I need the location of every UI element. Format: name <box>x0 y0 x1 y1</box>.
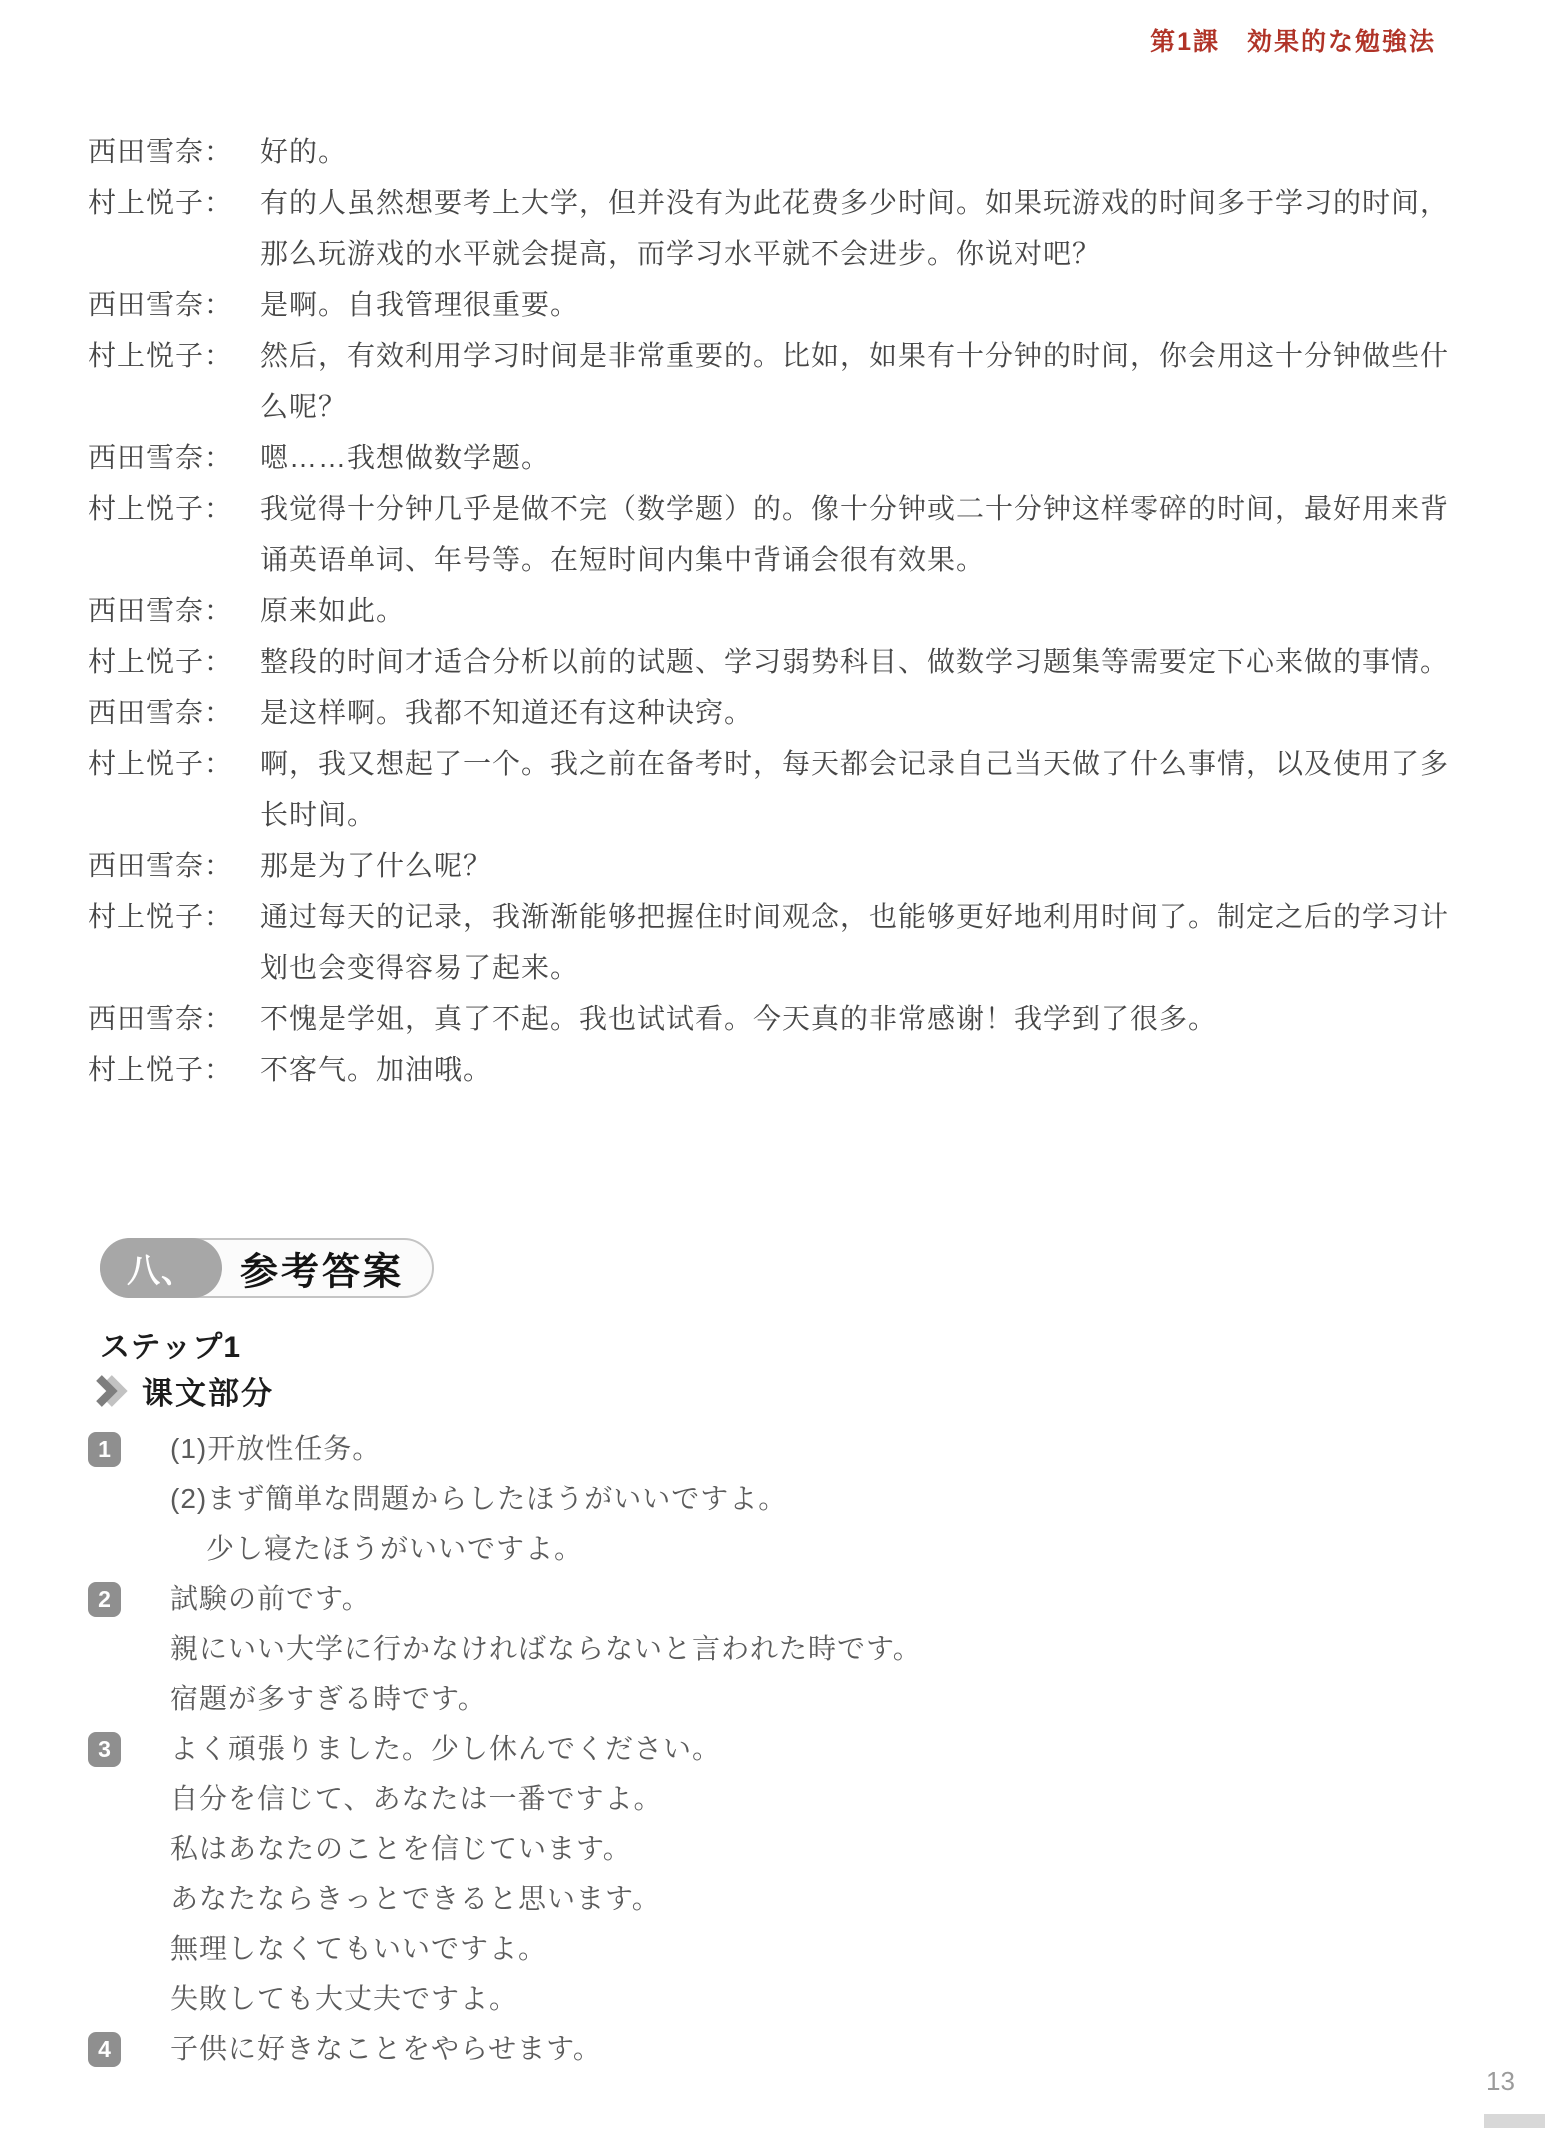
answer-item: 4 子供に好きなことをやらせます。 <box>88 2024 1488 2074</box>
answer-item: 3 よく頑張りました。少し休んでください。 自分を信じて、あなたは一番ですよ。 … <box>88 1724 1488 2024</box>
speaker-name: 西田雪奈： <box>88 993 260 1044</box>
speaker-name: 村上悦子： <box>88 1044 260 1095</box>
dialogue-line: 有的人虽然想要考上大学，但并没有为此花费多少时间。如果玩游戏的时间多于学习的时间… <box>260 177 1488 228</box>
footer-bar <box>1484 2114 1545 2128</box>
speaker-name: 西田雪奈： <box>88 279 260 330</box>
dialogue-line: 是啊。自我管理很重要。 <box>260 279 1488 330</box>
dialogue-row: 村上悦子： 我觉得十分钟几乎是做不完（数学题）的。像十分钟或二十分钟这样零碎的时… <box>88 483 1488 585</box>
dialogue-row: 西田雪奈： 是啊。自我管理很重要。 <box>88 279 1488 330</box>
answer-line: 試験の前です。 <box>170 1574 1488 1624</box>
dialogue-row: 西田雪奈： 原来如此。 <box>88 585 1488 636</box>
speaker-name: 西田雪奈： <box>88 840 260 891</box>
dialogue-row: 村上悦子： 通过每天的记录，我渐渐能够把握住时间观念，也能够更好地利用时间了。制… <box>88 891 1488 993</box>
dialogue-line: 啊，我又想起了一个。我之前在备考时，每天都会记录自己当天做了什么事情，以及使用了… <box>260 738 1488 789</box>
answer-item: 2 試験の前です。 親にいい大学に行かなければならないと言われた時です。 宿題が… <box>88 1574 1488 1724</box>
subsection-heading: 课文部分 <box>94 1368 274 1413</box>
answer-item: 1 (1)开放性任务。 (2)まず簡単な問題からしたほうがいいですよ。 少し寝た… <box>88 1424 1488 1574</box>
dialogue-line: 么呢？ <box>260 381 1488 432</box>
answer-line: 少し寝たほうがいいですよ。 <box>170 1524 1488 1574</box>
dialogue-line: 原来如此。 <box>260 585 1488 636</box>
answer-line: 子供に好きなことをやらせます。 <box>170 2024 1488 2074</box>
speaker-name: 西田雪奈： <box>88 585 260 636</box>
dialogue-line: 诵英语单词、年号等。在短时间内集中背诵会很有效果。 <box>260 534 1488 585</box>
speaker-name: 西田雪奈： <box>88 432 260 483</box>
speaker-name: 村上悦子： <box>88 636 260 687</box>
answer-line: 失敗しても大丈夫ですよ。 <box>170 1974 1488 2024</box>
answer-line: あなたならきっとできると思います。 <box>170 1874 1488 1924</box>
dialogue-row: 村上悦子： 然后，有效利用学习时间是非常重要的。比如，如果有十分钟的时间，你会用… <box>88 330 1488 432</box>
answer-line: 親にいい大学に行かなければならないと言われた時です。 <box>170 1624 1488 1674</box>
item-number-badge: 2 <box>88 1582 121 1617</box>
dialogue-transcript: 西田雪奈： 好的。 村上悦子： 有的人虽然想要考上大学，但并没有为此花费多少时间… <box>88 126 1488 1095</box>
speaker-name: 西田雪奈： <box>88 687 260 738</box>
answer-line: 無理しなくてもいいですよ。 <box>170 1924 1488 1974</box>
dialogue-line: 不客气。加油哦。 <box>260 1044 1488 1095</box>
dialogue-line: 嗯……我想做数学题。 <box>260 432 1488 483</box>
dialogue-row: 村上悦子： 啊，我又想起了一个。我之前在备考时，每天都会记录自己当天做了什么事情… <box>88 738 1488 840</box>
section-heading: 八、 参考答案 <box>100 1238 434 1298</box>
dialogue-line: 是这样啊。我都不知道还有这种诀窍。 <box>260 687 1488 738</box>
step-title: ステップ1 <box>100 1322 241 1366</box>
answer-line: 私はあなたのことを信じています。 <box>170 1824 1488 1874</box>
dialogue-line: 不愧是学姐，真了不起。我也试试看。今天真的非常感谢！我学到了很多。 <box>260 993 1488 1044</box>
answer-line: (1)开放性任务。 <box>170 1424 1488 1474</box>
page-header: 第1課 効果的な勉強法 <box>1150 22 1436 58</box>
dialogue-row: 西田雪奈： 嗯……我想做数学题。 <box>88 432 1488 483</box>
item-number-badge: 4 <box>88 2032 121 2067</box>
dialogue-row: 村上悦子： 不客气。加油哦。 <box>88 1044 1488 1095</box>
answer-line: 宿題が多すぎる時です。 <box>170 1674 1488 1724</box>
dialogue-line: 我觉得十分钟几乎是做不完（数学题）的。像十分钟或二十分钟这样零碎的时间，最好用来… <box>260 483 1488 534</box>
dialogue-line: 长时间。 <box>260 789 1488 840</box>
dialogue-line: 那是为了什么呢？ <box>260 840 1488 891</box>
speaker-name: 村上悦子： <box>88 891 260 942</box>
page-number: 13 <box>1486 2066 1515 2097</box>
item-number-badge: 1 <box>88 1432 121 1467</box>
dialogue-row: 西田雪奈： 是这样啊。我都不知道还有这种诀窍。 <box>88 687 1488 738</box>
speaker-name: 村上悦子： <box>88 738 260 789</box>
answer-line: (2)まず簡単な問題からしたほうがいいですよ。 <box>170 1474 1488 1524</box>
answer-line: 自分を信じて、あなたは一番ですよ。 <box>170 1774 1488 1824</box>
section-title: 参考答案 <box>240 1241 404 1296</box>
speaker-name: 村上悦子： <box>88 177 260 228</box>
dialogue-row: 西田雪奈： 那是为了什么呢？ <box>88 840 1488 891</box>
chevron-double-icon <box>94 1374 128 1408</box>
dialogue-line: 划也会变得容易了起来。 <box>260 942 1488 993</box>
dialogue-row: 西田雪奈： 好的。 <box>88 126 1488 177</box>
section-number-badge: 八、 <box>100 1238 222 1298</box>
dialogue-row: 村上悦子： 有的人虽然想要考上大学，但并没有为此花费多少时间。如果玩游戏的时间多… <box>88 177 1488 279</box>
speaker-name: 村上悦子： <box>88 330 260 381</box>
dialogue-row: 西田雪奈： 不愧是学姐，真了不起。我也试试看。今天真的非常感谢！我学到了很多。 <box>88 993 1488 1044</box>
subsection-title: 课文部分 <box>142 1368 274 1413</box>
speaker-name: 西田雪奈： <box>88 126 260 177</box>
item-number-badge: 3 <box>88 1732 121 1767</box>
dialogue-line: 然后，有效利用学习时间是非常重要的。比如，如果有十分钟的时间，你会用这十分钟做些… <box>260 330 1488 381</box>
dialogue-line: 通过每天的记录，我渐渐能够把握住时间观念，也能够更好地利用时间了。制定之后的学习… <box>260 891 1488 942</box>
dialogue-line: 好的。 <box>260 126 1488 177</box>
dialogue-line: 整段的时间才适合分析以前的试题、学习弱势科目、做数学习题集等需要定下心来做的事情… <box>260 636 1488 687</box>
answer-list: 1 (1)开放性任务。 (2)まず簡単な問題からしたほうがいいですよ。 少し寝た… <box>88 1424 1488 2074</box>
dialogue-line: 那么玩游戏的水平就会提高，而学习水平就不会进步。你说对吧？ <box>260 228 1488 279</box>
dialogue-row: 村上悦子： 整段的时间才适合分析以前的试题、学习弱势科目、做数学习题集等需要定下… <box>88 636 1488 687</box>
speaker-name: 村上悦子： <box>88 483 260 534</box>
answer-line: よく頑張りました。少し休んでください。 <box>170 1724 1488 1774</box>
